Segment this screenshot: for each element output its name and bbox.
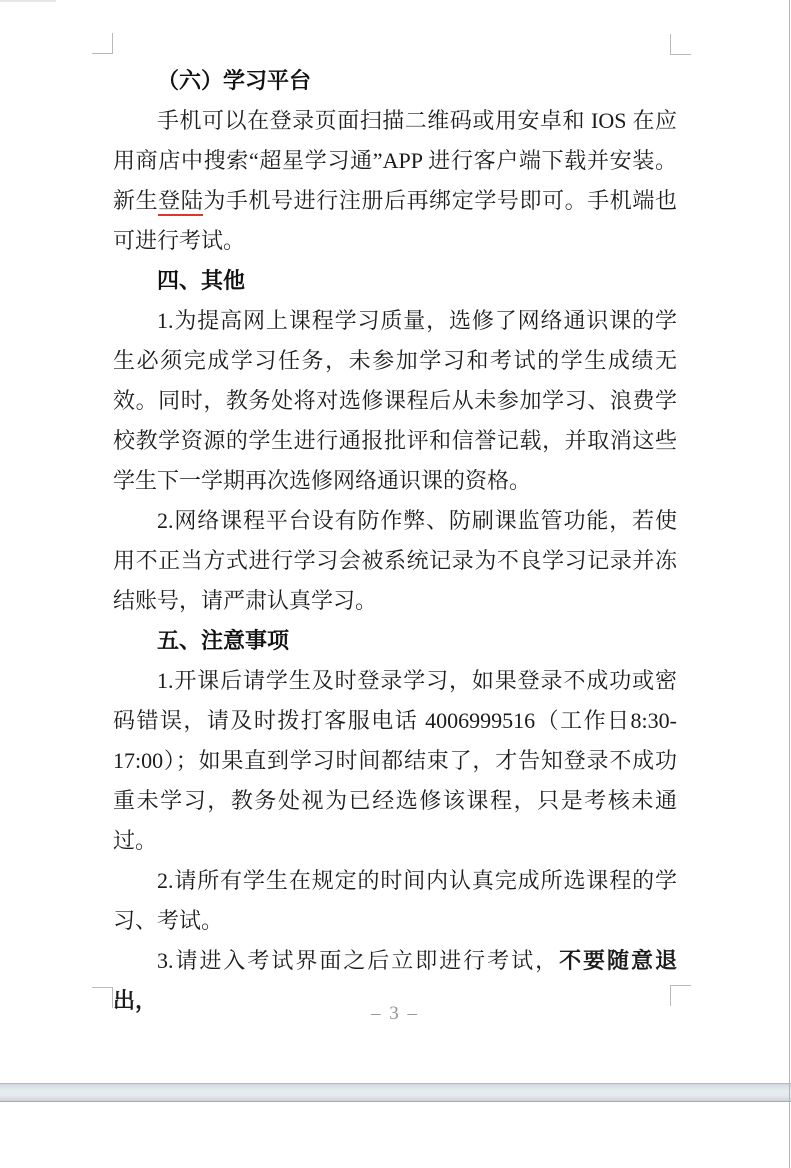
- page-number: – 3 –: [113, 1001, 677, 1027]
- text-boundary-mark-top-right: [670, 34, 691, 55]
- heading-section-other: 四、其他: [113, 261, 677, 301]
- document-body: （六）学习平台 手机可以在登录页面扫描二维码或用安卓和 IOS 在应用商店中搜索…: [113, 61, 677, 1021]
- screen-artifact: [0, 0, 56, 2]
- page-4-top: [0, 1102, 791, 1168]
- document-viewport: （六）学习平台 手机可以在登录页面扫描二维码或用安卓和 IOS 在应用商店中搜索…: [0, 0, 791, 1168]
- text-boundary-mark-bottom-left: [92, 987, 113, 1008]
- heading-section-notes: 五、注意事项: [113, 621, 677, 661]
- notes-3-regular-text: 3.请进入考试界面之后立即进行考试，: [157, 948, 559, 973]
- page-gap: [0, 1083, 791, 1102]
- paragraph-notes-1: 1.开课后请学生及时登录学习，如果登录不成功或密码错误，请及时拨打客服电话 40…: [113, 661, 677, 861]
- heading-learning-platform: （六）学习平台: [113, 61, 677, 101]
- paragraph-other-1: 1.为提高网上课程学习质量，选修了网络通识课的学生必须完成学习任务，未参加学习和…: [113, 301, 677, 501]
- page-edge-line: [789, 0, 790, 1168]
- paragraph-notes-2: 2.请所有学生在规定的时间内认真完成所选课程的学习、考试。: [113, 861, 677, 941]
- paragraph-platform: 手机可以在登录页面扫描二维码或用安卓和 IOS 在应用商店中搜索“超星学习通”A…: [113, 101, 677, 261]
- page-3: （六）学习平台 手机可以在登录页面扫描二维码或用安卓和 IOS 在应用商店中搜索…: [0, 0, 791, 1083]
- paragraph-other-2: 2.网络课程平台设有防作弊、防刷课监管功能，若使用不正当方式进行学习会被系统记录…: [113, 501, 677, 621]
- spellcheck-underlined-word: 登陆: [158, 188, 203, 216]
- text-boundary-mark-top-left: [92, 33, 113, 54]
